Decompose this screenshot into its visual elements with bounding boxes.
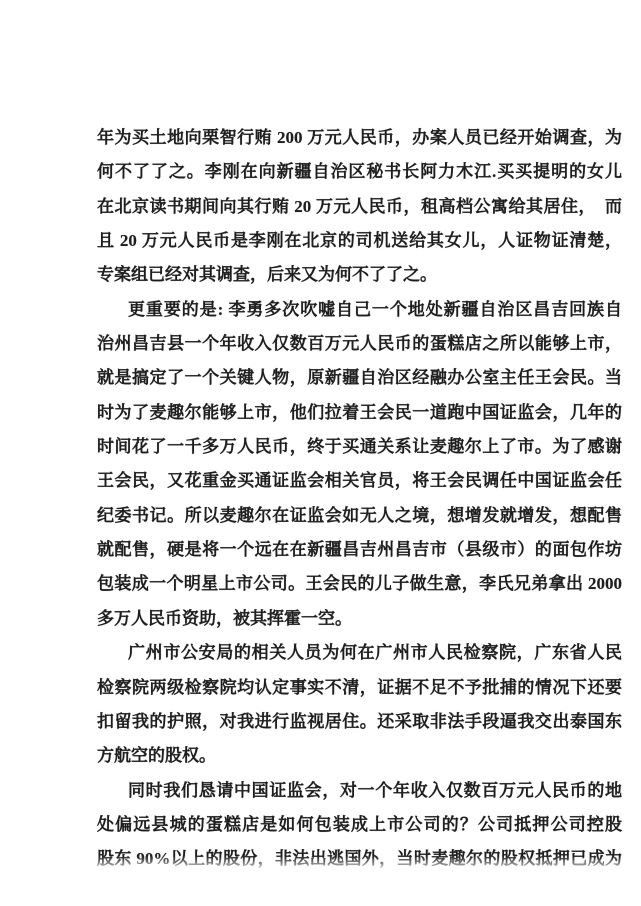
text-line: 在北京读书期间向其行贿 20 万元人民币，租高档公寓给其居住， 而 [97,190,622,224]
text-line: 广州市公安局的相关人员为何在广州市人民检察院，广东省人民 [97,636,622,670]
text-line: 纪委书记。所以麦趣尔在证监会如无人之境，想增发就增发，想配售 [97,499,622,533]
text-line: 年为买土地向栗智行贿 200 万元人民币，办案人员已经开始调查，为 [97,121,622,155]
document-page: 年为买土地向栗智行贿 200 万元人民币，办案人员已经开始调查，为何不了了之。李… [0,0,641,906]
text-line: 方航空的股权。 [97,739,622,773]
text-line: 更重要的是: 李勇多次吹嘘自己一个地处新疆自治区昌吉回族自 [97,293,622,327]
text-line: 时为了麦趣尔能够上市，他们拉着王会民一道跑中国证监会，几年的 [97,396,622,430]
text-line: 扣留我的护照，对我进行监视居住。还采取非法手段逼我交出泰国东 [97,705,622,739]
text-line: 处偏远县城的蛋糕店是如何包装成上市公司的？公司抵押公司控股 [97,808,622,842]
text-line: 治州昌吉县一个年收入仅数百万元人民币的蛋糕店之所以能够上市， [97,327,622,361]
text-line: 何不了了之。李刚在向新疆自治区秘书长阿力木江.买买提明的女儿 [97,155,622,189]
document-body: 年为买土地向栗智行贿 200 万元人民币，办案人员已经开始调查，为何不了了之。李… [97,121,622,877]
text-line: 同时我们恳请中国证监会，对一个年收入仅数百万元人民币的地 [97,774,622,808]
text-line: 王会民，又花重金买通证监会相关官员，将王会民调任中国证监会任 [97,464,622,498]
text-line: 股东 90%以上的股份，非法出逃国外，当时麦趣尔的股权抵押已成为 [97,842,622,876]
text-line: 时间花了一千多万人民币，终于买通关系让麦趣尔上了市。为了感谢 [97,430,622,464]
text-line: 多万人民币资助，被其挥霍一空。 [97,602,622,636]
text-line: 包装成一个明星上市公司。王会民的儿子做生意，李氏兄弟拿出 2000 [97,567,622,601]
text-line: 就是搞定了一个关键人物，原新疆自治区经融办公室主任王会民。当 [97,361,622,395]
text-line: 专案组已经对其调查，后来又为何不了了之。 [97,258,622,292]
text-line: 就配售，硬是将一个远在在新疆昌吉州昌吉市（县级市）的面包作坊 [97,533,622,567]
text-line: 且 20 万元人民币是李刚在北京的司机送给其女儿，人证物证清楚， [97,224,622,258]
text-line: 检察院两级检察院均认定事实不清，证据不足不予批捕的情况下还要 [97,671,622,705]
